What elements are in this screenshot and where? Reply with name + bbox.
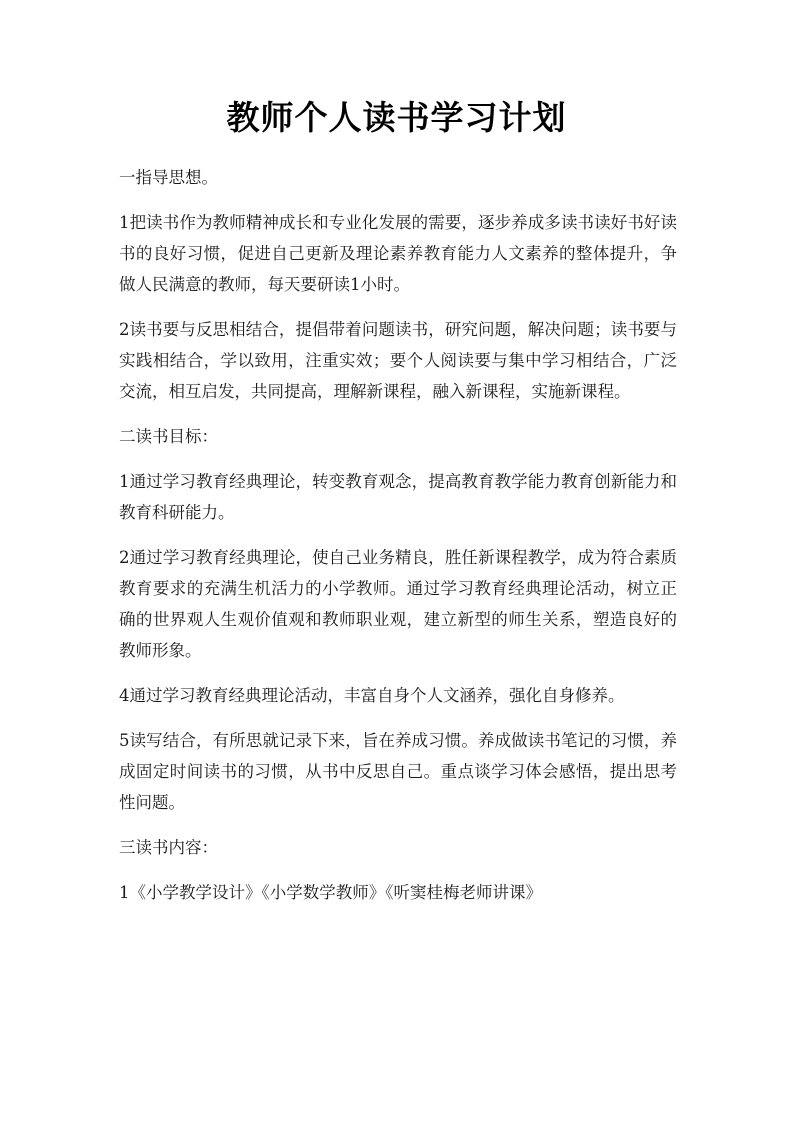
section-heading-reading-content: 三读书内容： [119,832,677,863]
paragraph-book-list: 1《小学教学设计》《小学数学教师》《听窦桂梅老师讲课》 [119,877,677,908]
document-title: 教师个人读书学习计划 [0,96,793,140]
paragraph: 1通过学习教育经典理论，转变教育观念，提高教育教学能力教育创新能力和教育科研能力… [119,466,677,528]
section-heading-reading-goals: 二读书目标： [119,421,677,452]
paragraph: 2读书要与反思相结合，提倡带着问题读书，研究问题，解决问题；读书要与实践相结合，… [119,314,677,407]
paragraph: 1把读书作为教师精神成长和专业化发展的需要，逐步养成多读书读好书好读书的良好习惯… [119,207,677,300]
paragraph: 4通过学习教育经典理论活动，丰富自身个人文涵养，强化自身修养。 [119,680,677,711]
section-heading-guiding-ideology: 一指导思想。 [119,162,677,193]
document-page: 教师个人读书学习计划 一指导思想。 1把读书作为教师精神成长和专业化发展的需要，… [0,0,793,1122]
paragraph: 5读写结合，有所思就记录下来，旨在养成习惯。养成做读书笔记的习惯，养成固定时间读… [119,725,677,818]
document-body: 一指导思想。 1把读书作为教师精神成长和专业化发展的需要，逐步养成多读书读好书好… [119,162,677,922]
paragraph: 2通过学习教育经典理论，使自己业务精良，胜任新课程教学，成为符合素质教育要求的充… [119,542,677,666]
